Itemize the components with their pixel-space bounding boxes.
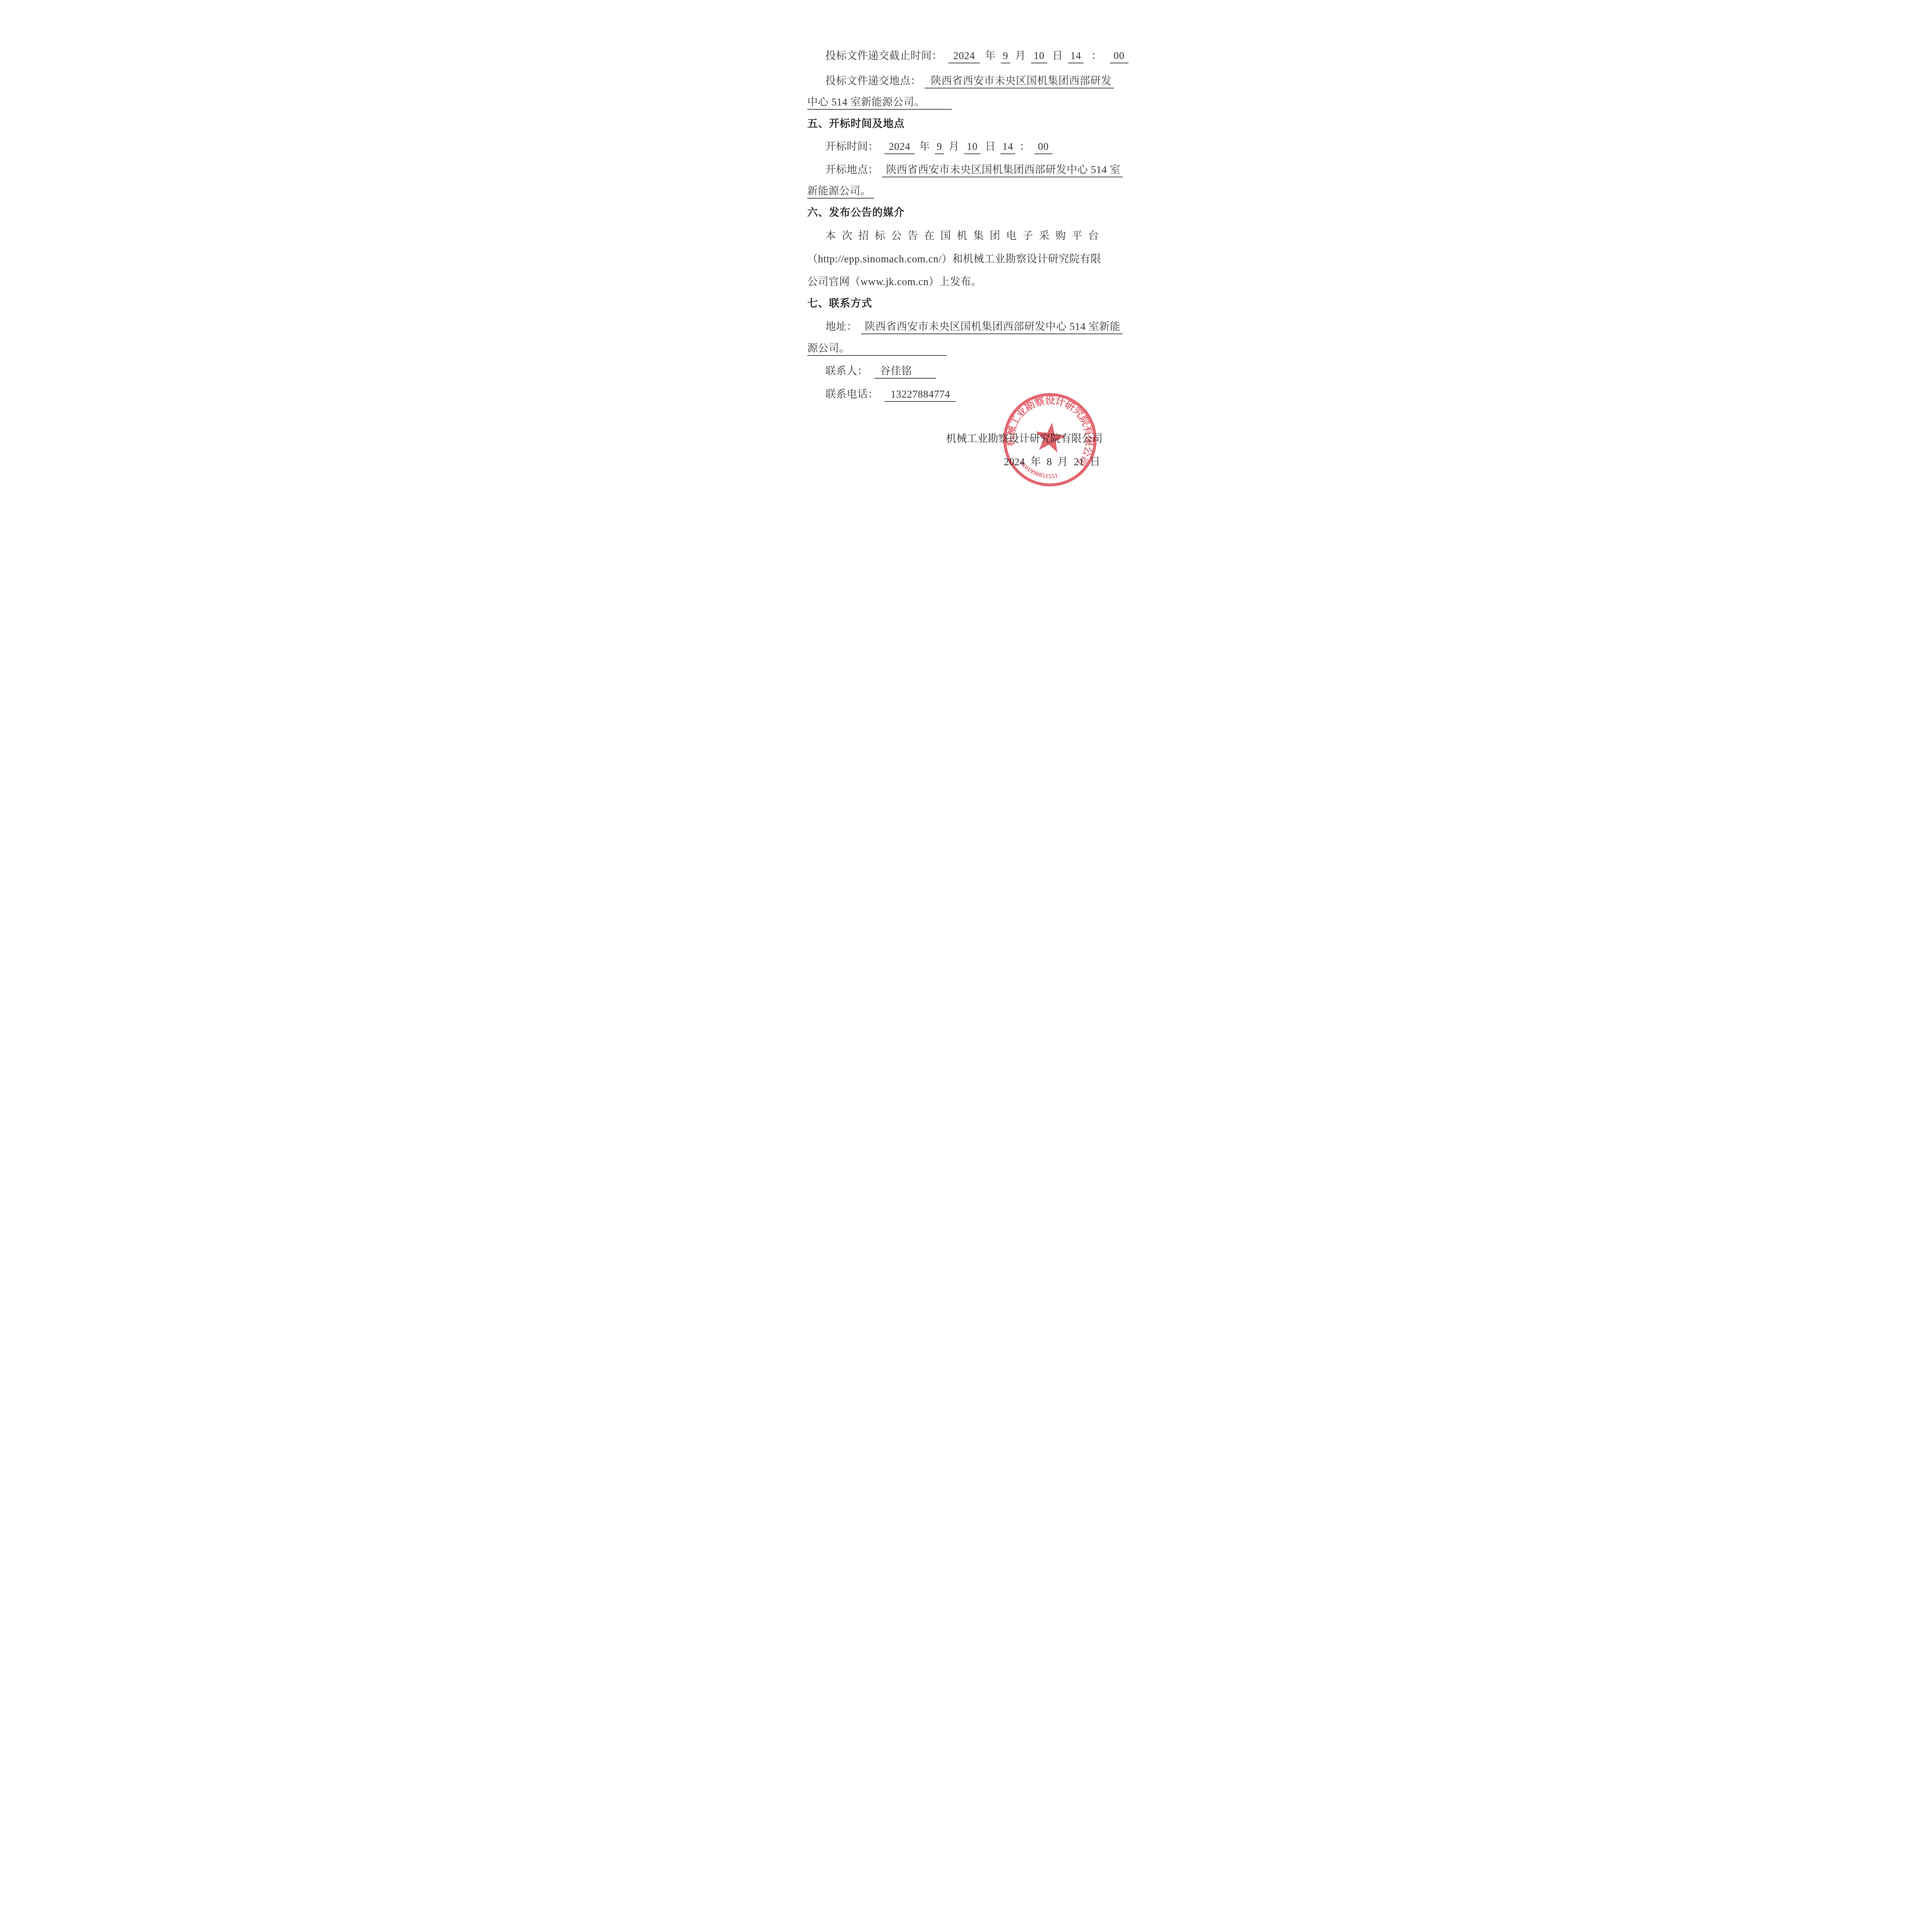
address-value: 陕西省西安市未央区国机集团西部研发中心 514 室新能 [861, 320, 1123, 334]
bid-submission-place-value: 陕西省西安市未央区国机集团西部研发 [925, 74, 1114, 88]
bid-opening-place-line2: 新能源公司。 [807, 184, 874, 199]
contact-phone-value: 13227884774 [885, 387, 956, 402]
section-7-heading: 七、联系方式 [807, 296, 872, 310]
bid-opening-place-label: 开标地点： [825, 164, 879, 175]
company-seal-stamp: 机械工业勘察设计研究院有限公司 6101990051551 [1000, 389, 1100, 490]
announcement-media-p3: 公司官网（www.jk.com.cn）上发布。 [807, 275, 982, 289]
bid-opening-place-value2: 新能源公司。 [807, 184, 874, 199]
bid-submission-place-line: 投标文件递交地点： 陕西省西安市未央区国机集团西部研发 [825, 74, 1114, 88]
opening-colon: ： [1019, 139, 1030, 153]
opening-year-value: 2024 [885, 139, 915, 154]
deadline-month-value: 9 [1001, 49, 1010, 63]
deadline-year-value: 2024 [948, 49, 980, 63]
deadline-minute-value: 00 [1110, 49, 1128, 63]
contact-person-line: 联系人： 谷佳铭 [825, 364, 936, 379]
bid-opening-time-label: 开标时间： [825, 141, 879, 152]
seal-svg: 机械工业勘察设计研究院有限公司 6101990051551 [1000, 389, 1100, 490]
announcement-media-p1: 本次招标公告在国机集团电子采购平台 [825, 229, 1105, 243]
deadline-month-unit: 月 [1015, 49, 1026, 63]
address-value2: 源公司。 [807, 341, 946, 356]
tender-notice-page: 投标文件递交截止时间： 2024 年 9 月 10 日 14 ： 00 投标文件… [745, 0, 1171, 602]
bid-submission-place-label: 投标文件递交地点： [825, 75, 921, 87]
opening-hour-value: 14 [1001, 139, 1015, 154]
bid-submission-deadline-line: 投标文件递交截止时间： 2024 年 9 月 10 日 14 ： 00 [825, 49, 1128, 63]
bid-opening-time-line: 开标时间： 2024 年 9 月 10 日 14 ： 00 [825, 139, 1052, 154]
bid-opening-place-value: 陕西省西安市未央区国机集团西部研发中心 514 室 [882, 163, 1123, 177]
deadline-day-value: 10 [1031, 49, 1047, 63]
contact-person-value: 谷佳铭 [875, 364, 936, 379]
bid-submission-deadline-label: 投标文件递交截止时间： [825, 50, 943, 61]
deadline-colon: ： [1091, 49, 1102, 63]
contact-phone-label: 联系电话： [825, 388, 879, 400]
opening-day-value: 10 [964, 139, 980, 154]
opening-day-unit: 日 [985, 139, 996, 153]
deadline-hour-value: 14 [1068, 49, 1084, 63]
opening-month-unit: 月 [949, 139, 960, 153]
deadline-day-unit: 日 [1052, 49, 1063, 63]
section-5-heading: 五、开标时间及地点 [807, 117, 905, 131]
section-6-heading: 六、发布公告的媒介 [807, 206, 905, 219]
contact-phone-line: 联系电话： 13227884774 [825, 387, 956, 402]
deadline-year-unit: 年 [985, 49, 996, 63]
address-line: 地址： 陕西省西安市未央区国机集团西部研发中心 514 室新能 [825, 320, 1123, 334]
contact-person-label: 联系人： [825, 365, 868, 377]
opening-month-value: 9 [935, 139, 944, 154]
bid-submission-place-line2: 中心 514 室新能源公司。 [807, 95, 952, 110]
seal-star-icon [1036, 423, 1066, 452]
bid-submission-place-value2: 中心 514 室新能源公司。 [807, 95, 952, 110]
opening-year-unit: 年 [919, 139, 930, 153]
announcement-media-p2: （http://epp.sinomach.com.cn/）和机械工业勘察设计研究… [807, 252, 1101, 266]
address-label: 地址： [825, 321, 858, 332]
bid-opening-place-line: 开标地点： 陕西省西安市未央区国机集团西部研发中心 514 室 [825, 163, 1123, 177]
opening-minute-value: 00 [1035, 139, 1052, 154]
address-line2: 源公司。 [807, 341, 946, 356]
